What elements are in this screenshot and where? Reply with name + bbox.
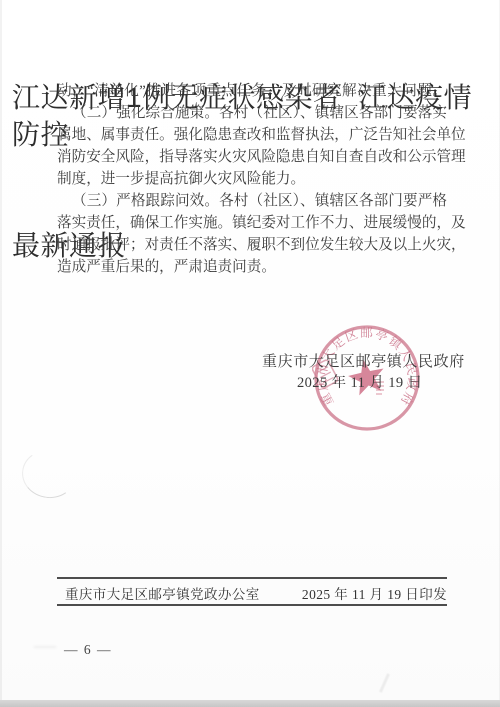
footer-rule-bottom — [57, 604, 447, 606]
document-line: 造成严重后果的，严肃追责问责。 — [57, 256, 447, 278]
document-line: 制度，进一步提高抗御火灾风险能力。 — [57, 168, 447, 190]
document-body: 动，“清单化”推进各项重点任务，及时研究解决重大问题。 （二）强化综合施策。各村… — [0, 80, 500, 278]
scan-crease-artifact — [19, 446, 79, 501]
page-number: — 6 — — [64, 642, 112, 658]
footer-rule-top — [57, 577, 447, 579]
scanned-document-page: 江达新增1例无症状感染者 江达疫情防控 最新通报 动，“清单化”推进各项重点任务… — [0, 0, 500, 707]
document-line: 动，“清单化”推进各项重点任务，及时研究解决重大问题。 — [57, 80, 447, 102]
scan-artifact — [379, 673, 390, 692]
document-line: 消防安全风险，指导落实火灾风险隐患自知自查自改和公示管理 — [57, 146, 447, 168]
footer-issuing-office: 重庆市大足区邮亭镇党政办公室 — [57, 583, 260, 603]
scan-artifact — [34, 646, 56, 648]
footer-row: 重庆市大足区邮亭镇党政办公室 2025 年 11 月 19 日印发 — [57, 583, 447, 603]
scan-edge-bottom — [0, 700, 500, 707]
signature-organization: 重庆市大足区邮亭镇人民政府 — [262, 350, 465, 371]
scan-edge-left — [0, 0, 2, 707]
document-line: 属地、属事责任。强化隐患查改和监督执法，广泛告知社会单位 — [57, 124, 447, 146]
footer-print-date: 2025 年 11 月 19 日印发 — [302, 583, 447, 603]
document-line: 时通报批评；对责任不落实、履职不到位发生较大及以上火灾， — [57, 234, 447, 256]
document-line: 落实责任，确保工作实施。镇纪委对工作不力、进展缓慢的，及 — [57, 212, 447, 234]
document-line: （三）严格跟踪问效。各村（社区）、镇辖区各部门要严格 — [72, 190, 447, 212]
document-line: （二）强化综合施策。各村（社区）、镇辖区各部门要落实 — [72, 102, 447, 124]
signature-date: 2025 年 11 月 19 日 — [297, 371, 423, 392]
